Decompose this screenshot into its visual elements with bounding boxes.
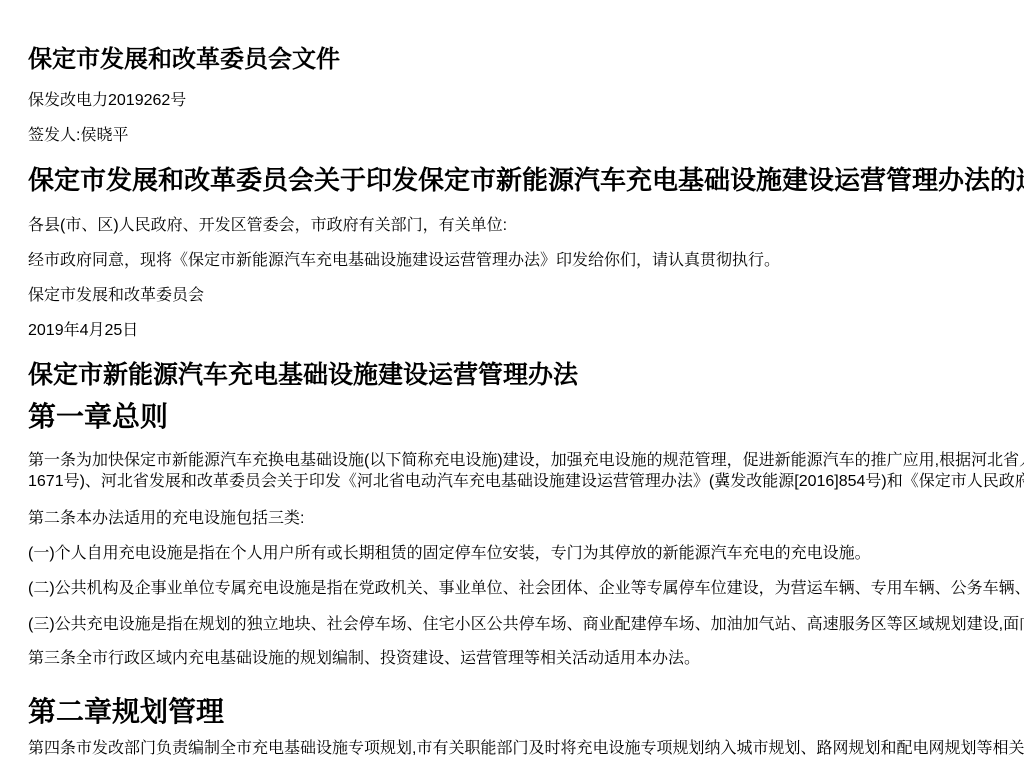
article-4-paragraph: 第四条市发改部门负责编制全市充电基础设施专项规划,市有关职能部门及时将充电设施专… <box>28 738 1024 759</box>
article-1-line-2: 1671号)、河北省发展和改革委员会关于印发《河北省电动汽车充电基础设施建设运营… <box>28 471 1024 492</box>
letterhead-org-title: 保定市发展和改革委员会文件 <box>28 46 1024 74</box>
measures-title: 保定市新能源汽车充电基础设施建设运营管理办法 <box>28 361 1024 390</box>
issue-date: 2019年4月25日 <box>28 320 1024 341</box>
article-2-lead: 第二条本办法适用的充电设施包括三类: <box>28 508 1024 529</box>
document-page: 保定市发展和改革委员会文件 保发改电力2019262号 签发人:侯晓平 保定市发… <box>0 0 1024 768</box>
signer-line: 签发人:侯晓平 <box>28 125 1024 146</box>
salutation-line: 各县(市、区)人民政府、开发区管委会，市政府有关部门，有关单位: <box>28 215 1024 236</box>
article-2-item-1: (一)个人自用充电设施是指在个人用户所有或长期租赁的固定停车位安装，专门为其停放… <box>28 543 1024 564</box>
article-1-line-1: 第一条为加快保定市新能源汽车充换电基础设施(以下简称充电设施)建设，加强充电设施… <box>28 450 1024 471</box>
issuer-name: 保定市发展和改革委员会 <box>28 285 1024 306</box>
chapter-2-heading: 第二章规划管理 <box>28 696 1024 728</box>
chapter-1-heading: 第一章总则 <box>28 401 1024 433</box>
article-1-paragraph: 第一条为加快保定市新能源汽车充换电基础设施(以下简称充电设施)建设，加强充电设施… <box>28 450 1024 492</box>
document-number: 保发改电力2019262号 <box>28 90 1024 111</box>
article-2-item-2: (二)公共机构及企事业单位专属充电设施是指在党政机关、事业单位、社会团体、企业等… <box>28 578 1024 599</box>
article-2-item-3: (三)公共充电设施是指在规划的独立地块、社会停车场、住宅小区公共停车场、商业配建… <box>28 614 1024 635</box>
article-3-paragraph: 第三条全市行政区域内充电基础设施的规划编制、投资建设、运营管理等相关活动适用本办… <box>28 648 1024 669</box>
forward-paragraph: 经市政府同意，现将《保定市新能源汽车充电基础设施建设运营管理办法》印发给你们，请… <box>28 250 1024 271</box>
notice-title: 保定市发展和改革委员会关于印发保定市新能源汽车充电基础设施建设运营管理办法的通知 <box>28 165 1024 195</box>
